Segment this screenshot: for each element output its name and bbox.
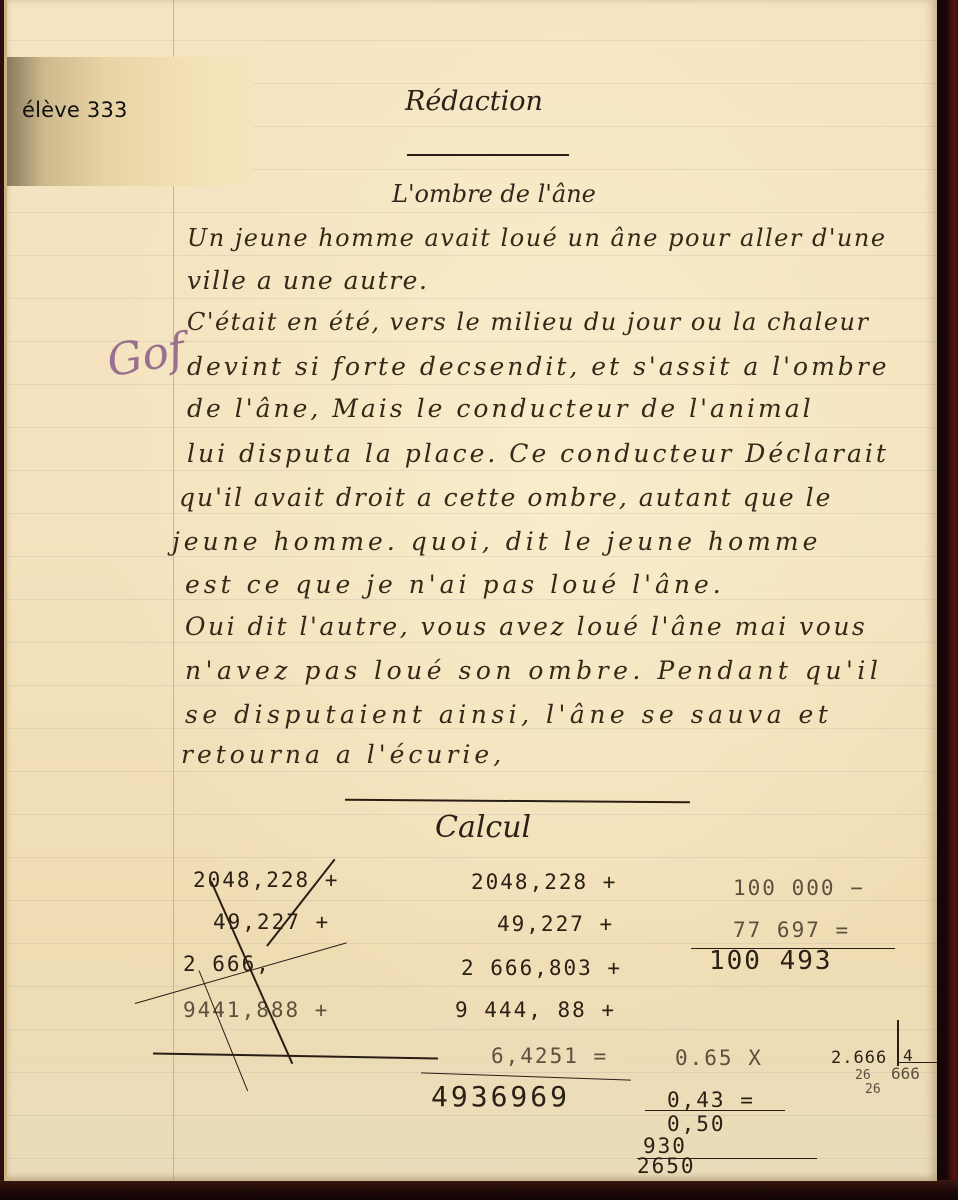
text-line-10: Oui dit l'autre, vous avez loué l'âne ma… (185, 612, 867, 641)
ruled-line (7, 900, 937, 901)
ruled-line (7, 212, 937, 213)
ruled-line (7, 470, 937, 471)
text-line-5: de l'âne, Mais le conducteur de l'animal (187, 394, 814, 423)
text-line-6: lui disputa la place. Ce conducteur Décl… (187, 439, 889, 468)
addition-term-5: 6,4251 = (491, 1044, 608, 1068)
ruled-line (7, 857, 937, 858)
ruled-line (7, 384, 937, 385)
ruled-line (7, 1029, 937, 1030)
ruled-line (7, 685, 937, 686)
text-line-13: retourna a l'écurie, (181, 740, 505, 769)
subtraction-term-2: 77 697 = (733, 918, 850, 942)
text-line-1: Un jeune homme avait loué un âne pour al… (187, 224, 887, 252)
multiplication-line (645, 1110, 785, 1111)
text-line-2: ville a une autre. (187, 266, 428, 295)
addition-term-1: 2048,228 + (471, 870, 617, 894)
addition-term-2: 49,227 + (497, 912, 614, 936)
ruled-line (7, 1072, 937, 1073)
multiplication-partial-3: 2650 (637, 1154, 696, 1178)
division-dividend: 2.666 (831, 1048, 887, 1068)
text-line-4: devint si forte decsendit, et s'assit a … (187, 352, 890, 381)
ruled-line (7, 556, 937, 557)
notebook-binding-bottom (0, 1180, 958, 1200)
ruled-line (7, 513, 937, 514)
division-divisor: 4 (903, 1046, 915, 1065)
text-line-12: se disputaient ainsi, l'âne se sauva et (185, 700, 832, 729)
student-label: élève 333 (7, 57, 253, 186)
text-line-7: qu'il avait droit a cette ombre, autant … (179, 483, 832, 512)
addition-result: 4936969 (431, 1080, 570, 1113)
heading-underline (407, 154, 569, 156)
ruled-line (7, 40, 937, 41)
multiplication-term-2: 0,43 = (667, 1088, 755, 1112)
ruled-line (7, 1115, 937, 1116)
ruled-line (7, 427, 937, 428)
crossed-term-3: 2 666, (183, 952, 271, 976)
text-line-11: n'avez pas loué son ombre. Pendant qu'il (185, 656, 882, 685)
division-remainder-2: 26 (865, 1082, 881, 1097)
addition-term-4: 9 444, 88 + (455, 998, 616, 1022)
subtraction-term-1: 100 000 − (733, 876, 865, 900)
addition-term-3: 2 666,803 + (461, 956, 622, 980)
ruled-line (7, 771, 937, 772)
division-bar-vertical (897, 1020, 899, 1066)
notebook-page: élève 333 Gof Rédaction L'ombre de l'âne… (4, 0, 937, 1181)
multiplication-term-1: 0.65 X (675, 1046, 763, 1070)
division-quotient: 666 (891, 1064, 920, 1083)
calcul-separator-line (345, 799, 690, 803)
student-id-text: élève 333 (22, 98, 128, 122)
story-title: L'ombre de l'âne (392, 180, 596, 208)
ruled-line (7, 599, 937, 600)
text-line-9: est ce que je n'ai pas loué l'âne. (185, 570, 725, 599)
teacher-margin-annotation: Gof (103, 324, 189, 388)
text-line-8: jeune homme. quoi, dit le jeune homme (172, 527, 821, 556)
ruled-line (7, 255, 937, 256)
ruled-line (7, 986, 937, 987)
text-line-3: C'était en été, vers le milieu du jour o… (187, 308, 870, 336)
multiplication-partial-1: 0,50 (667, 1112, 726, 1136)
strike-line (199, 970, 249, 1091)
ruled-line (7, 298, 937, 299)
calcul-heading: Calcul (435, 810, 531, 845)
ruled-line (7, 642, 937, 643)
redaction-heading: Rédaction (405, 86, 543, 117)
ruled-line (7, 943, 937, 944)
division-remainder-1: 26 (855, 1068, 871, 1083)
crossed-total-line (153, 1053, 438, 1060)
subtraction-result: 100 493 (709, 946, 833, 976)
crossed-term-4: 9441,888 + (183, 998, 329, 1022)
